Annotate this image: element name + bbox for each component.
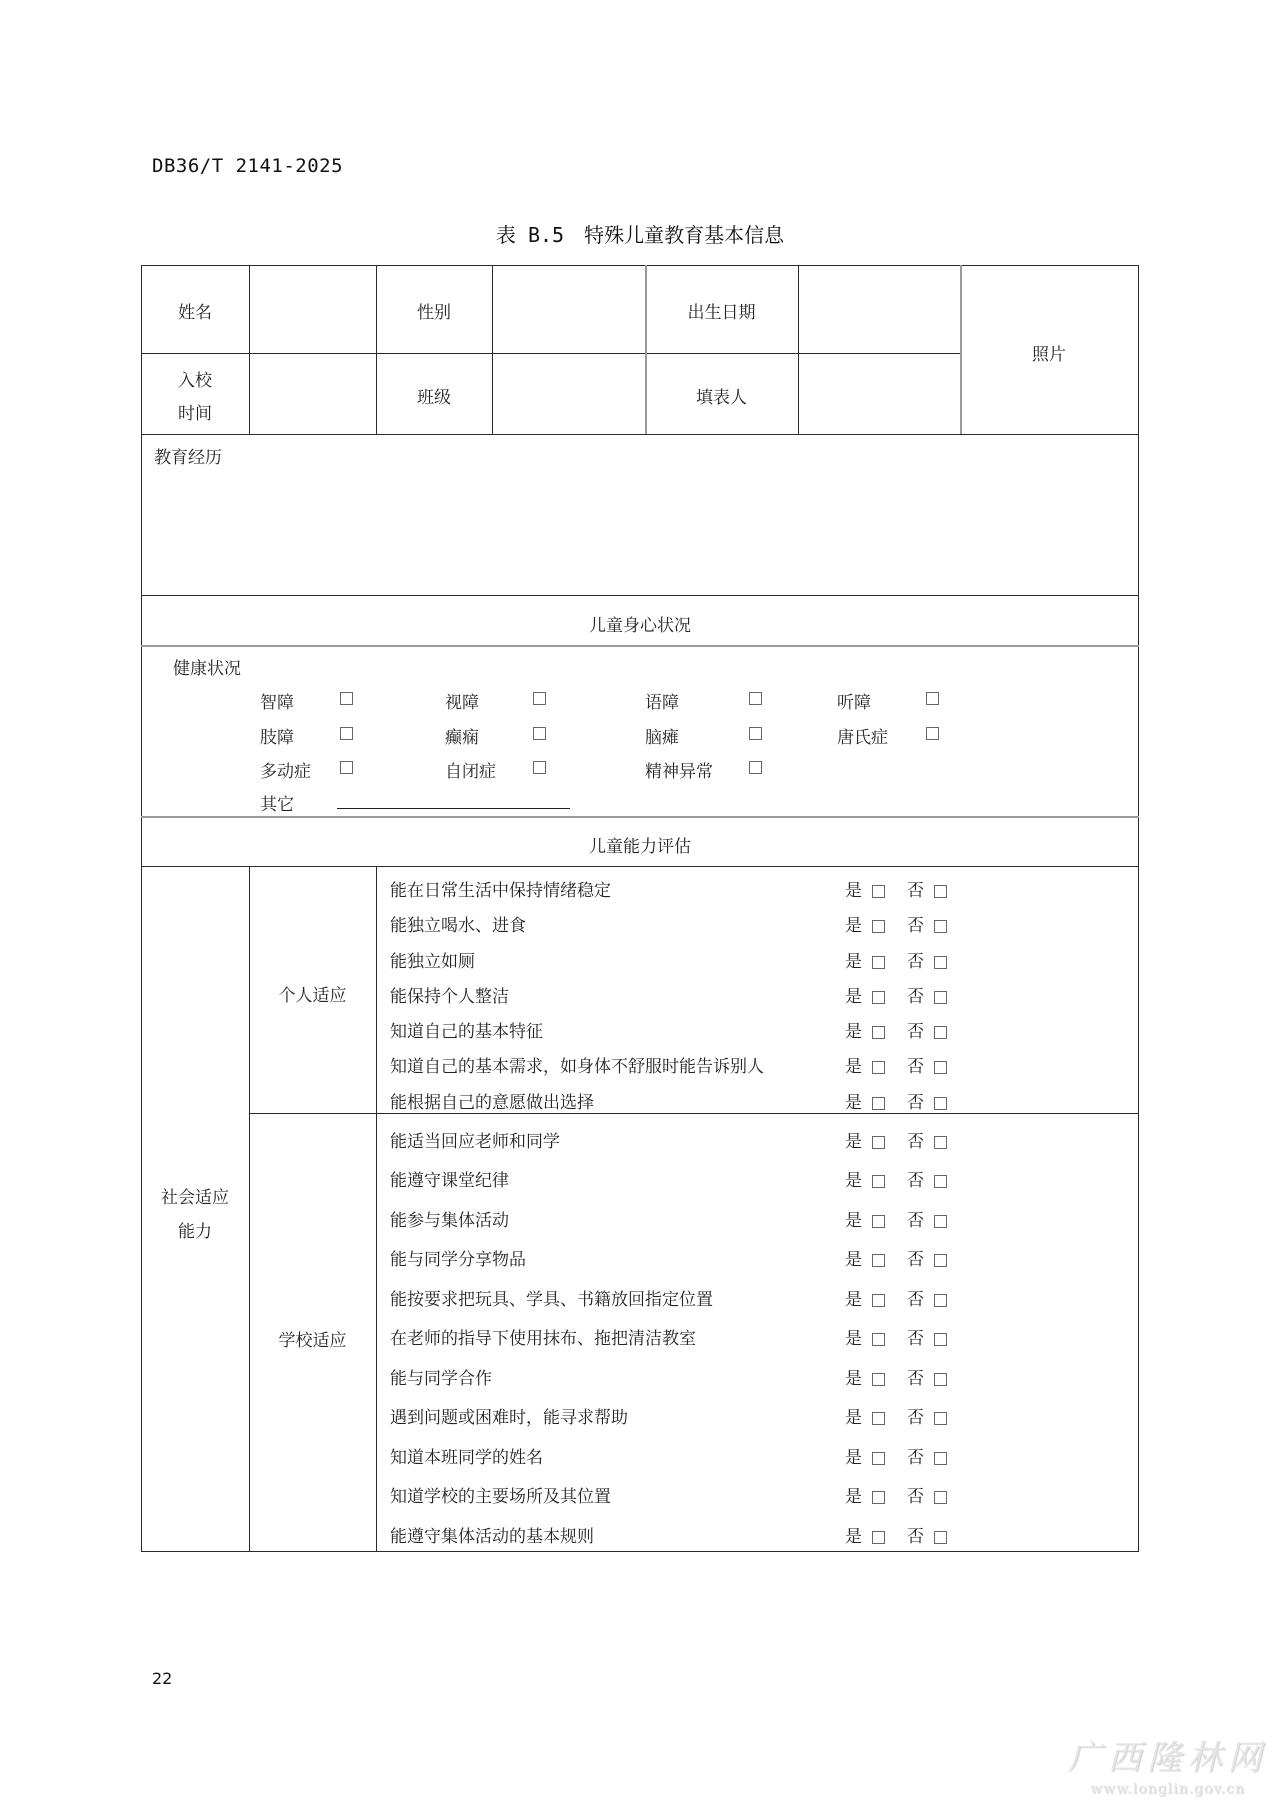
no-label: 否	[907, 1132, 924, 1152]
yes-checkbox[interactable]	[872, 1026, 885, 1039]
yes-label: 是	[845, 1132, 862, 1152]
ability-item: 知道自己的基本特征	[390, 1017, 543, 1042]
col-divider	[645, 265, 647, 434]
yes-checkbox[interactable]	[872, 1254, 885, 1267]
yes-checkbox[interactable]	[872, 1097, 885, 1110]
no-checkbox[interactable]	[934, 1373, 947, 1386]
yes-no-choice: 是否	[845, 1324, 947, 1349]
yes-no-choice: 是否	[845, 1522, 947, 1547]
no-checkbox[interactable]	[934, 1175, 947, 1188]
ability-item: 知道本班同学的姓名	[390, 1443, 543, 1468]
ability-item: 能在日常生活中保持情绪稳定	[390, 876, 611, 901]
physical-mental-section-title: 儿童身心状况	[141, 611, 1139, 636]
ability-item: 在老师的指导下使用抹布、拖把清洁教室	[390, 1324, 696, 1349]
yes-no-choice: 是否	[845, 1088, 947, 1113]
social-adaptation-label-line2: 能力	[141, 1217, 249, 1242]
col-divider	[376, 866, 377, 1552]
no-label: 否	[907, 1448, 924, 1468]
table-border-left	[141, 265, 142, 1552]
no-checkbox[interactable]	[934, 1452, 947, 1465]
yes-no-choice: 是否	[845, 982, 947, 1007]
condition-label: 语障	[645, 688, 679, 713]
yes-no-choice: 是否	[845, 1127, 947, 1152]
no-label: 否	[907, 987, 924, 1007]
row-divider	[141, 866, 1139, 867]
enroll-date-label-line2: 时间	[141, 399, 249, 424]
site-watermark: 广西隆林网 www.longlin.gov.cn	[1060, 1730, 1275, 1797]
yes-no-choice: 是否	[845, 1017, 947, 1042]
no-label: 否	[907, 1250, 924, 1270]
education-history-label: 教育经历	[154, 443, 222, 468]
yes-checkbox[interactable]	[872, 956, 885, 969]
class-field[interactable]	[493, 354, 645, 434]
no-label: 否	[907, 1290, 924, 1310]
yes-no-choice: 是否	[845, 1285, 947, 1310]
condition-checkbox-autism[interactable]	[533, 761, 546, 774]
photo-box[interactable]	[961, 266, 1138, 434]
condition-checkbox-epilepsy[interactable]	[533, 727, 546, 740]
yes-checkbox[interactable]	[872, 885, 885, 898]
yes-checkbox[interactable]	[872, 1136, 885, 1149]
ability-item: 知道自己的基本需求，如身体不舒服时能告诉别人	[390, 1052, 764, 1077]
page-number: 22	[152, 1669, 172, 1688]
yes-no-choice: 是否	[845, 876, 947, 901]
no-label: 否	[907, 1408, 924, 1428]
no-checkbox[interactable]	[934, 920, 947, 933]
condition-checkbox-down-syndrome[interactable]	[926, 727, 939, 740]
row-divider	[141, 434, 1139, 435]
no-label: 否	[907, 1487, 924, 1507]
col-divider	[249, 866, 250, 1552]
filler-label: 填表人	[645, 383, 798, 408]
condition-checkbox-hearing[interactable]	[926, 692, 939, 705]
other-condition-field[interactable]	[337, 808, 570, 809]
yes-checkbox[interactable]	[872, 1373, 885, 1386]
class-label: 班级	[376, 383, 492, 408]
yes-label: 是	[845, 1527, 862, 1547]
condition-checkbox-adhd[interactable]	[340, 761, 353, 774]
no-checkbox[interactable]	[934, 1215, 947, 1228]
condition-label: 唐氏症	[837, 723, 888, 748]
yes-no-choice: 是否	[845, 1482, 947, 1507]
yes-no-choice: 是否	[845, 947, 947, 972]
row-divider	[141, 816, 1139, 818]
no-checkbox[interactable]	[934, 1412, 947, 1425]
condition-label: 精神异常	[645, 757, 713, 782]
table-title: 表 B.5特殊儿童教育基本信息	[0, 219, 1280, 248]
yes-label: 是	[845, 1057, 862, 1077]
name-label: 姓名	[141, 298, 249, 323]
ability-section-title: 儿童能力评估	[141, 832, 1139, 857]
ability-item: 能独立如厕	[390, 947, 475, 972]
condition-checkbox-intellectual[interactable]	[340, 692, 353, 705]
no-label: 否	[907, 1022, 924, 1042]
ability-item: 能遵守课堂纪律	[390, 1166, 509, 1191]
yes-label: 是	[845, 1093, 862, 1113]
row-divider	[141, 645, 1139, 647]
condition-label: 智障	[260, 688, 294, 713]
yes-checkbox[interactable]	[872, 1215, 885, 1228]
gender-field[interactable]	[493, 266, 645, 353]
yes-label: 是	[845, 1250, 862, 1270]
table-number: 表 B.5	[496, 223, 564, 247]
no-label: 否	[907, 1171, 924, 1191]
ability-item: 能保持个人整洁	[390, 982, 509, 1007]
no-checkbox[interactable]	[934, 1097, 947, 1110]
no-checkbox[interactable]	[934, 1294, 947, 1307]
no-label: 否	[907, 916, 924, 936]
condition-label: 肢障	[260, 723, 294, 748]
yes-label: 是	[845, 1487, 862, 1507]
yes-label: 是	[845, 1290, 862, 1310]
condition-label: 多动症	[260, 757, 311, 782]
condition-checkbox-physical[interactable]	[340, 727, 353, 740]
ability-item: 能参与集体活动	[390, 1206, 509, 1231]
no-checkbox[interactable]	[934, 1026, 947, 1039]
table-border-right	[1138, 265, 1139, 1552]
name-field[interactable]	[250, 266, 376, 353]
yes-checkbox[interactable]	[872, 1491, 885, 1504]
condition-checkbox-visual[interactable]	[533, 692, 546, 705]
no-label: 否	[907, 1093, 924, 1113]
ability-item: 知道学校的主要场所及其位置	[390, 1482, 611, 1507]
no-checkbox[interactable]	[934, 1491, 947, 1504]
yes-checkbox[interactable]	[872, 1175, 885, 1188]
no-checkbox[interactable]	[934, 1061, 947, 1074]
yes-label: 是	[845, 1448, 862, 1468]
no-label: 否	[907, 881, 924, 901]
enroll-date-label-line1: 入校	[141, 366, 249, 391]
no-checkbox[interactable]	[934, 885, 947, 898]
other-condition-label: 其它	[260, 790, 294, 815]
yes-label: 是	[845, 1171, 862, 1191]
condition-label: 癫痫	[445, 723, 479, 748]
yes-label: 是	[845, 1369, 862, 1389]
yes-no-choice: 是否	[845, 1364, 947, 1389]
health-status-label: 健康状况	[173, 654, 241, 679]
yes-no-choice: 是否	[845, 1206, 947, 1231]
no-label: 否	[907, 1369, 924, 1389]
watermark-title: 广西隆林网	[1060, 1730, 1275, 1779]
col-divider	[376, 265, 377, 434]
birth-date-label: 出生日期	[645, 298, 798, 323]
no-label: 否	[907, 952, 924, 972]
no-checkbox[interactable]	[934, 991, 947, 1004]
no-label: 否	[907, 1527, 924, 1547]
ability-item: 能根据自己的意愿做出选择	[390, 1088, 594, 1113]
enroll-date-field[interactable]	[250, 354, 376, 434]
yes-checkbox[interactable]	[872, 920, 885, 933]
ability-item: 能与同学合作	[390, 1364, 492, 1389]
yes-checkbox[interactable]	[872, 1294, 885, 1307]
no-checkbox[interactable]	[934, 1254, 947, 1267]
yes-checkbox[interactable]	[872, 1531, 885, 1544]
yes-label: 是	[845, 916, 862, 936]
yes-checkbox[interactable]	[872, 1412, 885, 1425]
ability-item: 能与同学分享物品	[390, 1245, 526, 1270]
watermark-url: www.longlin.gov.cn	[1060, 1781, 1275, 1797]
yes-checkbox[interactable]	[872, 1452, 885, 1465]
yes-label: 是	[845, 1022, 862, 1042]
group-school-adaptation: 学校适应	[249, 1326, 376, 1351]
no-label: 否	[907, 1057, 924, 1077]
document-code: DB36/T 2141-2025	[152, 155, 343, 177]
no-label: 否	[907, 1329, 924, 1349]
yes-checkbox[interactable]	[872, 1061, 885, 1074]
yes-no-choice: 是否	[845, 1166, 947, 1191]
ability-item: 能独立喝水、进食	[390, 911, 526, 936]
yes-no-choice: 是否	[845, 1245, 947, 1270]
yes-label: 是	[845, 1329, 862, 1349]
condition-label: 视障	[445, 688, 479, 713]
birth-date-field[interactable]	[799, 266, 960, 353]
condition-label: 听障	[837, 688, 871, 713]
yes-label: 是	[845, 987, 862, 1007]
yes-label: 是	[845, 1211, 862, 1231]
gender-label: 性别	[376, 298, 492, 323]
yes-no-choice: 是否	[845, 911, 947, 936]
yes-label: 是	[845, 1408, 862, 1428]
yes-no-choice: 是否	[845, 1443, 947, 1468]
filler-field[interactable]	[799, 354, 960, 434]
condition-label: 自闭症	[445, 757, 496, 782]
education-history-field[interactable]	[142, 470, 1138, 594]
yes-checkbox[interactable]	[872, 991, 885, 1004]
condition-label: 脑瘫	[645, 723, 679, 748]
no-checkbox[interactable]	[934, 1136, 947, 1149]
yes-checkbox[interactable]	[872, 1333, 885, 1346]
yes-label: 是	[845, 881, 862, 901]
no-label: 否	[907, 1211, 924, 1231]
row-divider	[141, 595, 1139, 596]
group-divider	[249, 1113, 1139, 1114]
ability-item: 能遵守集体活动的基本规则	[390, 1522, 594, 1547]
ability-item: 能适当回应老师和同学	[390, 1127, 560, 1152]
table-title-text: 特殊儿童教育基本信息	[584, 223, 784, 247]
yes-no-choice: 是否	[845, 1403, 947, 1428]
no-checkbox[interactable]	[934, 1531, 947, 1544]
condition-checkbox-cerebral-palsy[interactable]	[749, 727, 762, 740]
yes-no-choice: 是否	[845, 1052, 947, 1077]
no-checkbox[interactable]	[934, 956, 947, 969]
yes-label: 是	[845, 952, 862, 972]
social-adaptation-label-line1: 社会适应	[141, 1183, 249, 1208]
condition-checkbox-speech[interactable]	[749, 692, 762, 705]
table-border-bottom	[141, 1551, 1139, 1552]
group-personal-adaptation: 个人适应	[249, 981, 376, 1006]
ability-item: 能按要求把玩具、学具、书籍放回指定位置	[390, 1285, 713, 1310]
ability-item: 遇到问题或困难时，能寻求帮助	[390, 1403, 628, 1428]
no-checkbox[interactable]	[934, 1333, 947, 1346]
condition-checkbox-mental-disorder[interactable]	[749, 761, 762, 774]
